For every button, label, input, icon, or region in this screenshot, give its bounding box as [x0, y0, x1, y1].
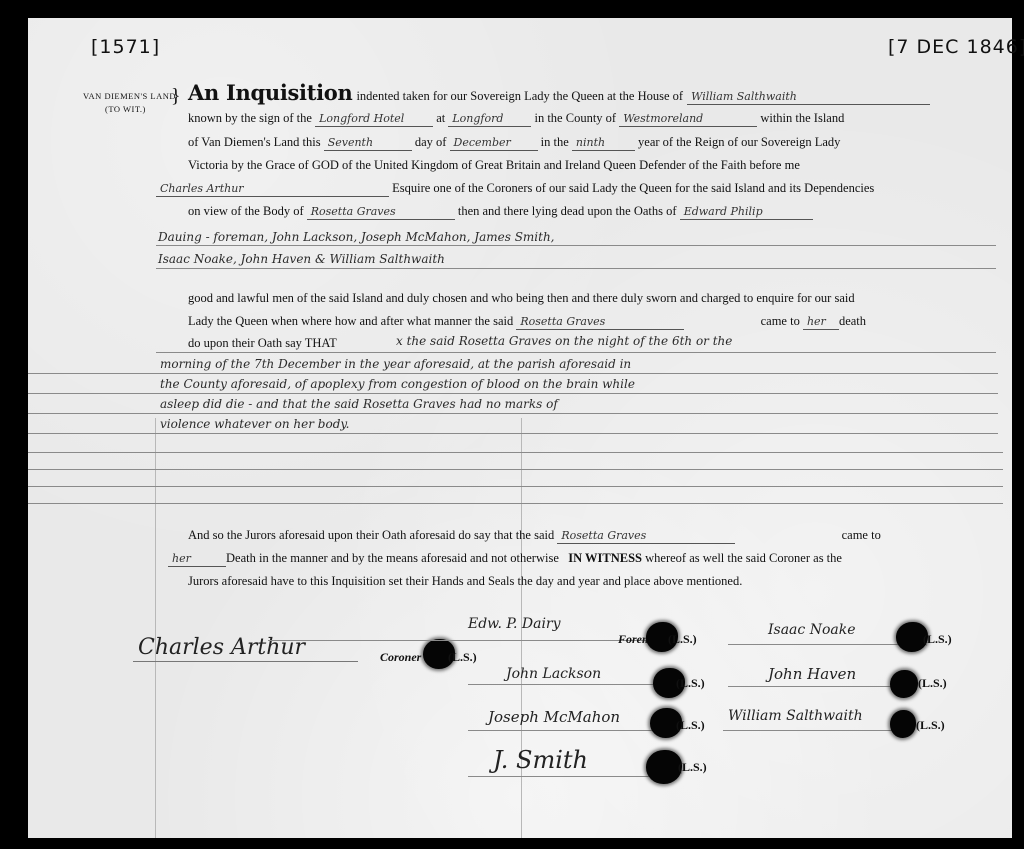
signature-juror: John Lackson [506, 666, 601, 682]
seal-label: (L.S.) [918, 676, 947, 691]
signature-juror: Isaac Noake [768, 622, 856, 638]
finding-line-2: morning of the 7th December in the year … [160, 357, 631, 371]
jurors-line-2: Isaac Noake, John Haven & William Salthw… [158, 252, 445, 266]
seal-label: (L.S.) [668, 632, 697, 647]
signature-juror: William Salthwaith [728, 708, 863, 724]
signature-line [468, 730, 668, 731]
signature-juror: John Haven [768, 665, 856, 683]
field-day: Seventh [324, 136, 412, 151]
body-line-4: Victoria by the Grace of GOD of the Unit… [188, 158, 800, 173]
field-county: Westmoreland [619, 112, 757, 127]
heading-line: An Inquisition indented taken for our So… [188, 80, 930, 105]
ruled-line [28, 452, 1003, 453]
ruled-line [28, 373, 998, 374]
ruled-line [28, 486, 1003, 487]
seal-label: (L.S.) [916, 718, 945, 733]
closing-line-2: herDeath in the manner and by the means … [168, 551, 842, 567]
field-deceased-3: Rosetta Graves [557, 529, 735, 544]
finding-line-1: x the said Rosetta Graves on the night o… [396, 334, 732, 348]
archive-ref-number: [1571] [91, 36, 160, 58]
body-line-7: good and lawful men of the said Island a… [188, 291, 855, 306]
seal-label: (L.S.) [676, 718, 705, 733]
body-line-6: on view of the Body of Rosetta Graves th… [188, 204, 813, 220]
signature-line [728, 644, 898, 645]
jurors-line-1: Dauing - foreman, John Lackson, Joseph M… [158, 230, 555, 244]
ruled-line [28, 413, 998, 414]
signature-coroner: Charles Arthur [138, 635, 305, 660]
inquisition-document: [1571] [7 DEC 1846] VAN DIEMEN'S LAND (T… [28, 18, 1012, 838]
field-regnal-year: ninth [572, 136, 635, 151]
body-line-3: of Van Diemen's Land this Seventh day of… [188, 135, 840, 151]
field-pronoun-2: her [168, 552, 226, 567]
ruled-line [156, 352, 996, 353]
margin-jurisdiction: VAN DIEMEN'S LAND [83, 91, 176, 101]
archive-ref-date: [7 DEC 1846] [888, 36, 1024, 58]
wax-seal [890, 670, 918, 698]
body-line-5: Charles Arthur Esquire one of the Corone… [156, 181, 874, 197]
margin-brace: } [171, 86, 181, 106]
fold-line-left [155, 418, 156, 838]
ruled-line [156, 268, 996, 269]
field-deceased-2: Rosetta Graves [516, 315, 684, 330]
signature-juror: Joseph McMahon [488, 708, 620, 726]
field-month: December [450, 136, 538, 151]
heading-text: indented taken for our Sovereign Lady th… [356, 89, 683, 103]
ruled-line [28, 433, 998, 434]
document-title: An Inquisition [188, 80, 352, 105]
signature-juror: J. Smith [493, 746, 588, 774]
closing-line-1: And so the Jurors aforesaid upon their O… [188, 528, 881, 544]
field-sign: Longford Hotel [315, 112, 433, 127]
wax-seal [646, 750, 682, 784]
ruled-line [28, 503, 1003, 504]
seal-label: (L.S.) [448, 650, 477, 665]
signature-line-coroner [133, 661, 358, 662]
seal-label: (L.S.) [676, 676, 705, 691]
margin-to-wit: (TO WIT.) [105, 104, 146, 114]
finding-line-3: the County aforesaid, of apoplexy from c… [160, 377, 635, 391]
body-line-8: Lady the Queen when where how and after … [188, 314, 866, 330]
signature-line [268, 640, 668, 641]
in-witness: IN WITNESS [568, 551, 642, 565]
closing-line-3: Jurors aforesaid have to this Inquisitio… [188, 574, 742, 589]
signature-line [468, 684, 668, 685]
signature-line [728, 686, 898, 687]
ruled-line [28, 469, 1003, 470]
wax-seal [890, 710, 916, 738]
seal-label: (L.S.) [923, 632, 952, 647]
field-house-owner: William Salthwaith [687, 90, 930, 105]
finding-line-5: violence whatever on her body. [160, 417, 349, 431]
seal-label: (L.S.) [678, 760, 707, 775]
body-line-2: known by the sign of the Longford Hotel … [188, 111, 844, 127]
field-coroner: Charles Arthur [156, 182, 389, 197]
body-line-9: do upon their Oath say THAT [188, 336, 337, 351]
signature-juror-foreman: Edw. P. Dairy [468, 616, 561, 632]
ruled-line [28, 393, 998, 394]
finding-line-4: asleep did die - and that the said Roset… [160, 397, 558, 411]
ruled-line [156, 245, 996, 246]
coroner-label: Coroner [380, 650, 421, 665]
field-jurors-start: Edward Philip [680, 205, 813, 220]
field-place: Longford [448, 112, 531, 127]
signature-line [723, 730, 893, 731]
field-deceased: Rosetta Graves [307, 205, 455, 220]
signature-line [468, 776, 658, 777]
field-pronoun: her [803, 315, 839, 330]
